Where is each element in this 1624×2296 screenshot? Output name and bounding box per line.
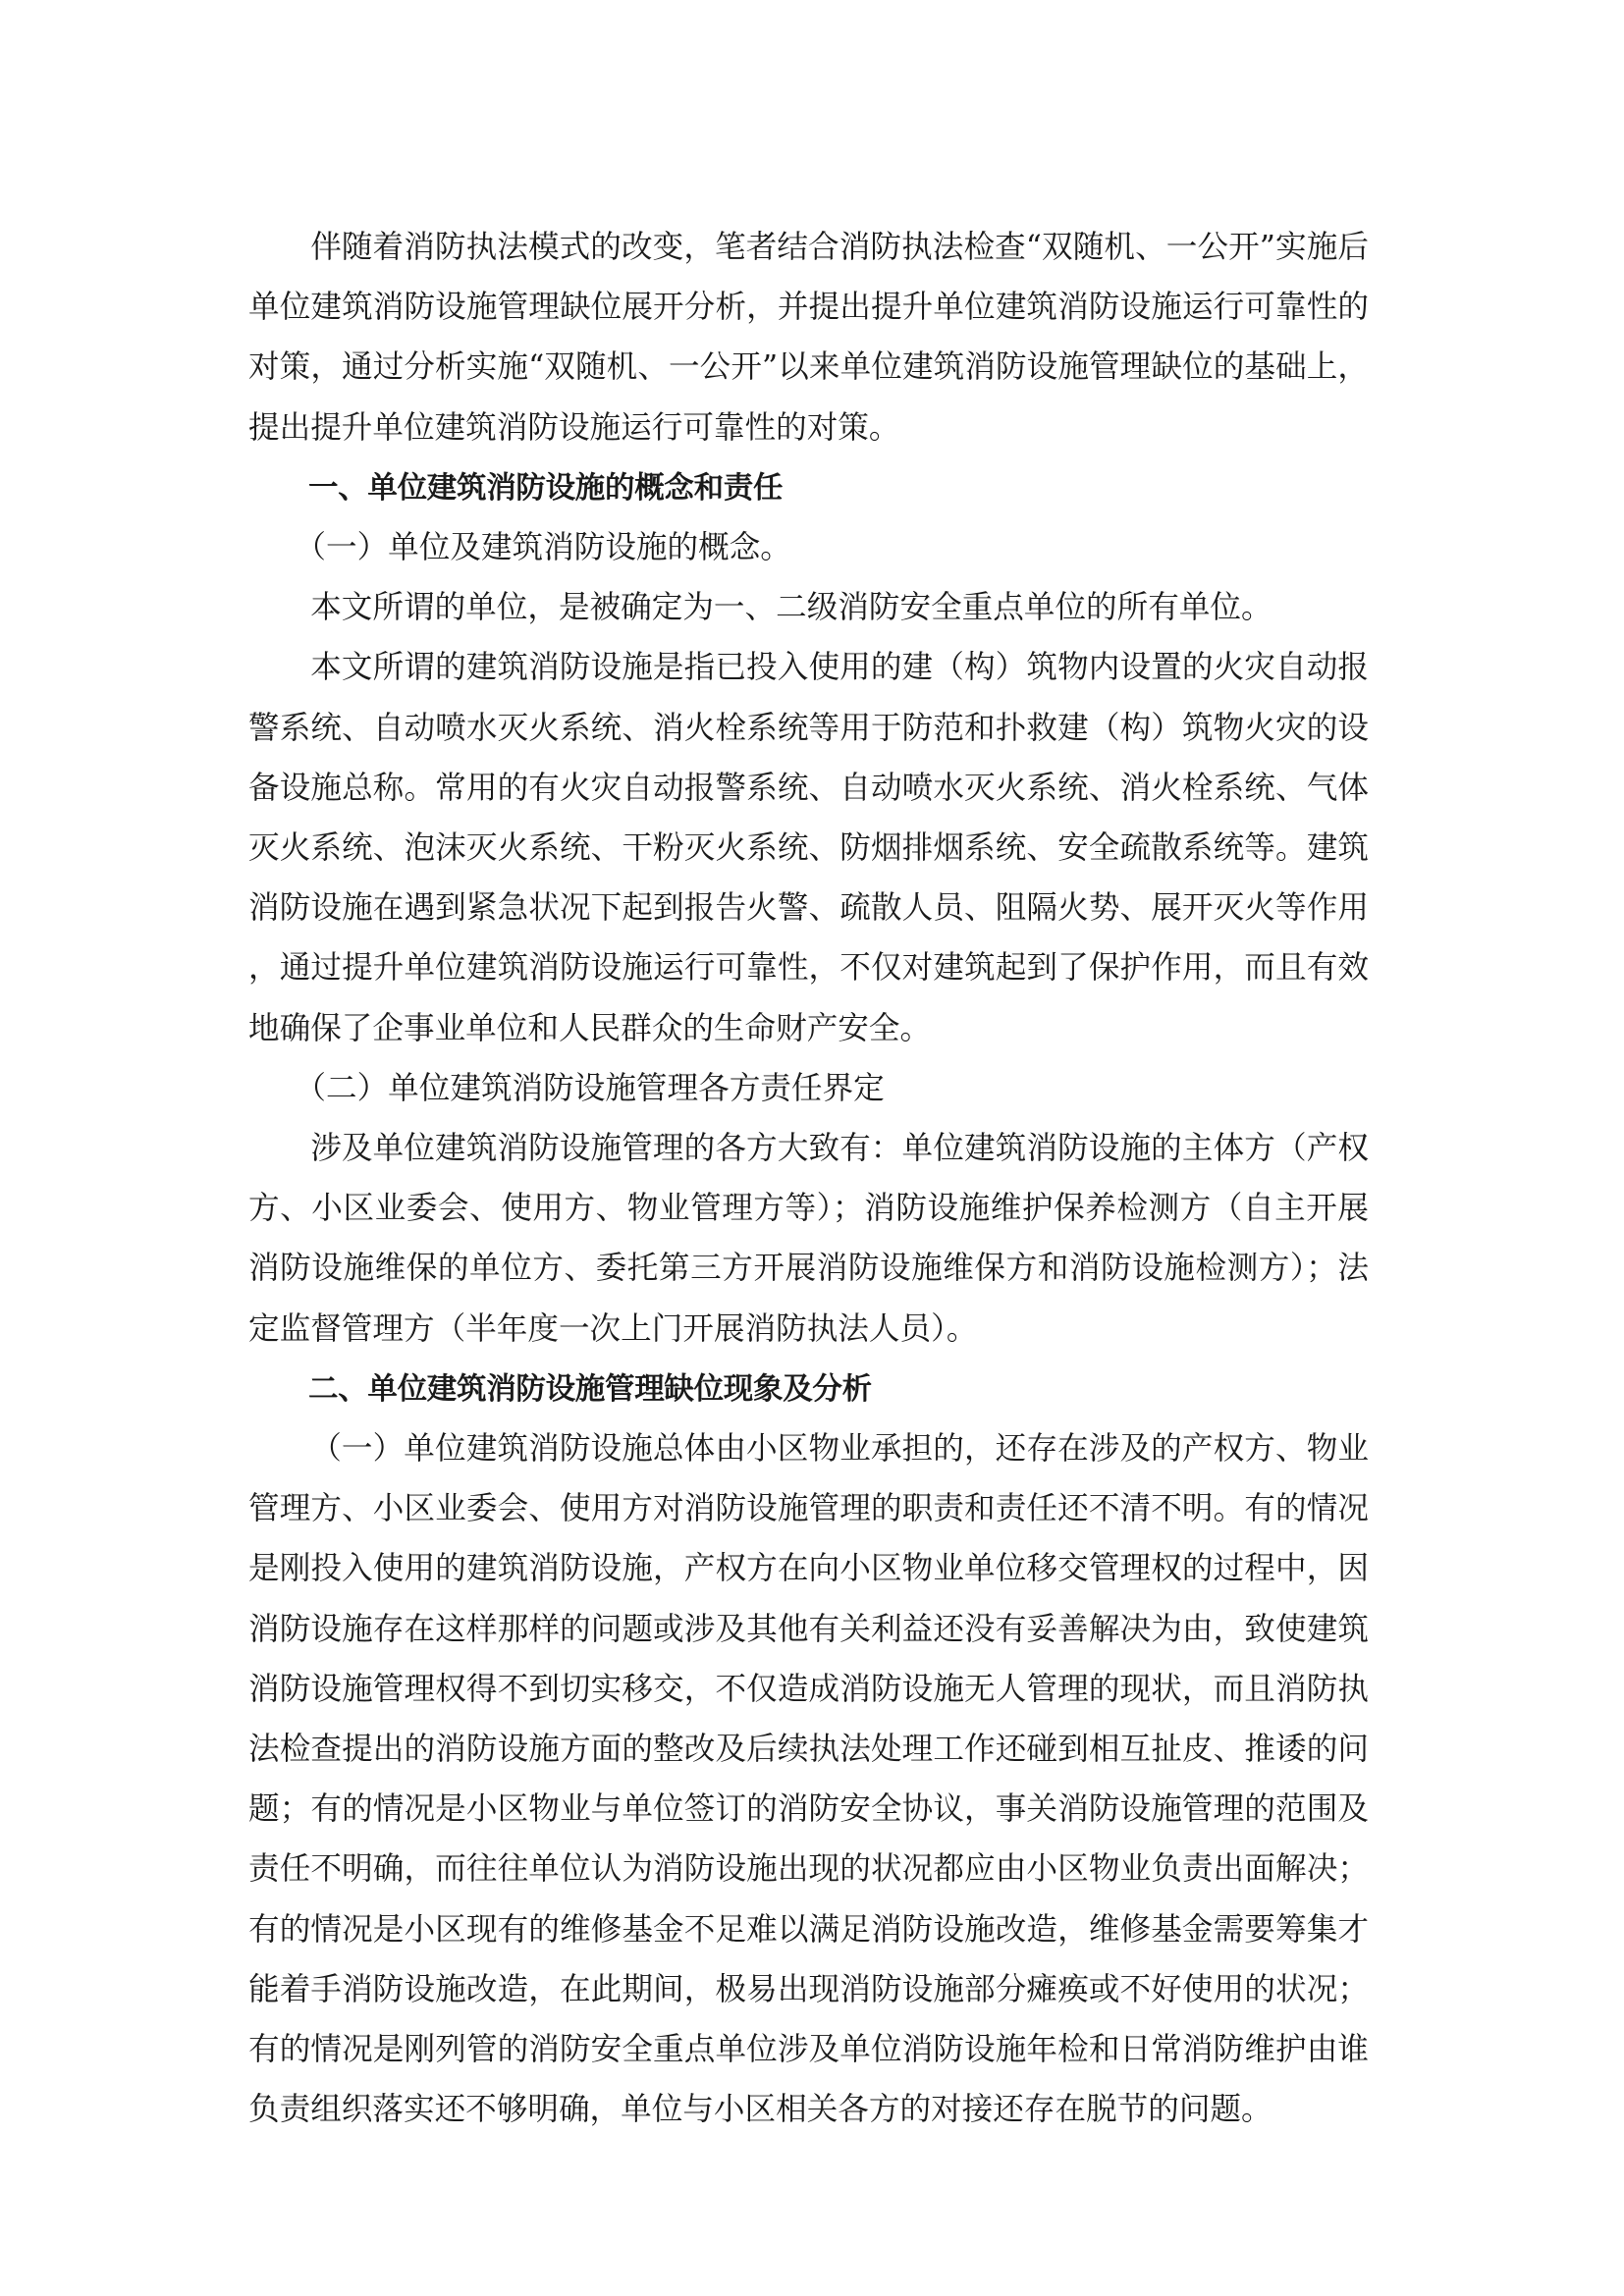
facilities-definition-paragraph: 本文所谓的建筑消防设施是指已投入使用的建（构）筑物内设置的火灾自动报警系统、自动… [248,638,1369,1058]
section-2-heading: 二、单位建筑消防设施管理缺位现象及分析 [248,1360,1369,1419]
responsibility-parties-paragraph: 涉及单位建筑消防设施管理的各方大致有：单位建筑消防设施的主体方（产权方、小区业委… [248,1119,1369,1360]
section-1-heading: 一、单位建筑消防设施的概念和责任 [248,458,1369,518]
management-gap-paragraph: （一）单位建筑消防设施总体由小区物业承担的，还存在涉及的产权方、物业管理方、小区… [248,1419,1369,2140]
section-1-sub-1-heading: （一）单位及建筑消防设施的概念。 [248,518,1369,578]
intro-paragraph: 伴随着消防执法模式的改变，笔者结合消防执法检查“双随机、一公开”实施后单位建筑消… [248,218,1369,458]
unit-definition-paragraph: 本文所谓的单位，是被确定为一、二级消防安全重点单位的所有单位。 [248,578,1369,638]
section-1-sub-2-heading: （二）单位建筑消防设施管理各方责任界定 [248,1059,1369,1119]
document-page: 伴随着消防执法模式的改变，笔者结合消防执法检查“双随机、一公开”实施后单位建筑消… [248,218,1369,2141]
